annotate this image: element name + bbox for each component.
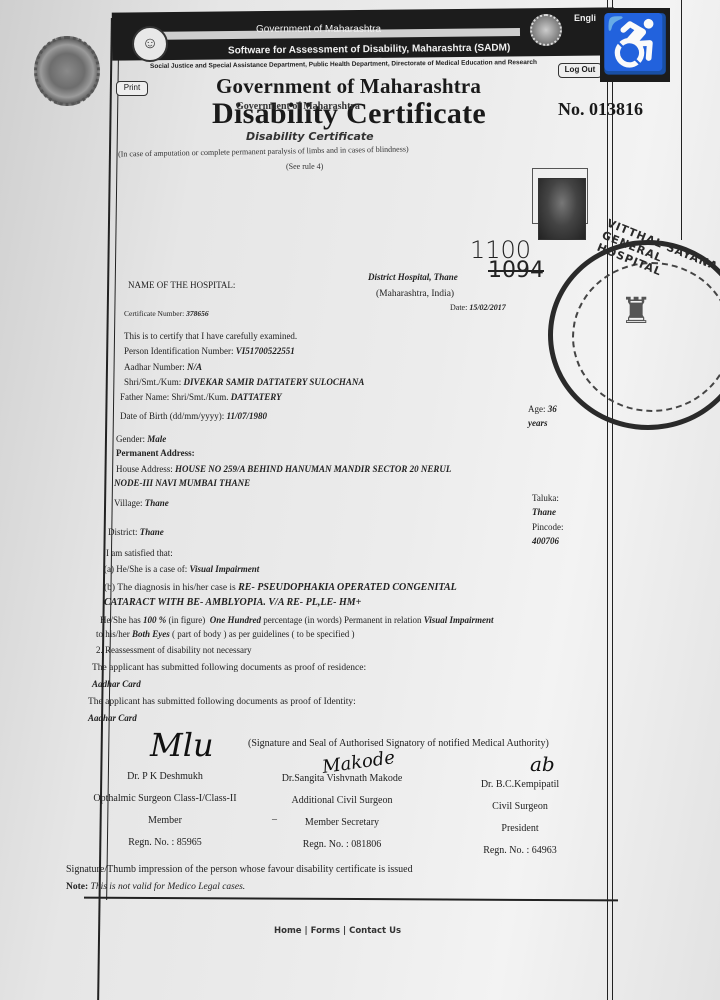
age-value: 36 bbox=[548, 404, 557, 414]
gender-value: Male bbox=[147, 434, 166, 444]
footer-link-forms[interactable]: Forms bbox=[311, 926, 340, 936]
district: District: Thane bbox=[108, 527, 164, 537]
diagnosis: (b) The diagnosis in his/her case is RE-… bbox=[104, 582, 457, 593]
disability-type-value: Visual Impairment bbox=[189, 564, 259, 574]
applicant-name-label: Shri/Smt./Kum: bbox=[124, 377, 181, 387]
residence-proof-text: The applicant has submitted following do… bbox=[92, 663, 366, 673]
percentage-prefix: He/She has bbox=[100, 615, 141, 625]
signature-deshmukh: Mlu bbox=[150, 726, 214, 764]
person-id-label: Person Identification Number: bbox=[124, 346, 233, 356]
ashoka-emblem-icon: ♜ bbox=[620, 290, 650, 346]
signatory-name: Dr.Sangita Vishvnath Makode bbox=[262, 768, 422, 790]
percentage-words-suffix: percentage (in words) Permanent in relat… bbox=[263, 615, 421, 625]
pincode-value: 400706 bbox=[532, 536, 559, 546]
village-value: Thane bbox=[145, 498, 169, 508]
person-id-value: VI51700522551 bbox=[236, 346, 295, 356]
district-value: Thane bbox=[140, 527, 164, 537]
house-address-label: House Address: bbox=[116, 464, 173, 474]
signatory-role: President bbox=[450, 818, 590, 840]
print-button[interactable]: Print bbox=[116, 81, 148, 96]
signatory-registration: Regn. No. : 64963 bbox=[450, 840, 590, 862]
body-part-suffix: ( part of body ) as per guidelines ( to … bbox=[172, 629, 354, 639]
thumb-impression-text: Signature/Thumb impression of the person… bbox=[66, 864, 413, 875]
signatory-registration: Regn. No. : 85965 bbox=[70, 832, 260, 854]
father-name-value: DATTATERY bbox=[231, 392, 282, 402]
gender: Gender: Male bbox=[116, 434, 166, 444]
state-emblem-icon bbox=[530, 14, 562, 46]
footer-link-home[interactable]: Home bbox=[274, 926, 302, 936]
language-link[interactable]: Engli bbox=[574, 13, 596, 23]
certify-text: This is to certify that I have carefully… bbox=[124, 331, 297, 341]
certificate-rule: (See rule 4) bbox=[286, 162, 323, 171]
certificate-serial-number: No. 013816 bbox=[558, 99, 643, 120]
page-border-right-2 bbox=[612, 0, 613, 1000]
village-label: Village: bbox=[114, 498, 142, 508]
signatory-name: Dr. P K Deshmukh bbox=[70, 766, 260, 788]
age-label: Age: bbox=[528, 404, 546, 414]
page-border-right-3 bbox=[681, 0, 682, 240]
percentage-words: One Hundred bbox=[210, 615, 261, 625]
dob-value: 11/07/1980 bbox=[226, 411, 267, 421]
father-name-label: Father Name: Shri/Smt./Kum. bbox=[120, 392, 229, 402]
hospital-location: (Maharashtra, India) bbox=[376, 289, 454, 299]
house-address: House Address: HOUSE NO 259/A BEHIND HAN… bbox=[116, 464, 451, 474]
date-label: Date: bbox=[450, 303, 467, 312]
house-address-line2: NODE-III NAVI MUMBAI THANE bbox=[114, 478, 250, 488]
signatory-role: Member bbox=[70, 810, 260, 832]
diagnosis-value-line1: RE- PSEUDOPHAKIA OPERATED CONGENITAL bbox=[238, 582, 457, 593]
satisfied-text: I am satisfied that: bbox=[106, 548, 173, 558]
wheelchair-icon: ♿ bbox=[600, 8, 670, 82]
note-label: Note: bbox=[66, 882, 88, 892]
identity-proof-document: Aadhar Card bbox=[88, 713, 137, 723]
identity-proof-text: The applicant has submitted following do… bbox=[88, 697, 356, 707]
footer-separator: | bbox=[343, 926, 346, 936]
applicant-name-value: DIVEKAR SAMIR DATTATERY SULOCHANA bbox=[184, 377, 365, 387]
father-name: Father Name: Shri/Smt./Kum. DATTATERY bbox=[120, 392, 282, 402]
dob-label: Date of Birth (dd/mm/yyyy): bbox=[120, 411, 224, 421]
note-text: This is not valid for Medico Legal cases… bbox=[91, 882, 246, 892]
footer-separator: | bbox=[305, 926, 308, 936]
taluka-value: Thane bbox=[532, 507, 556, 517]
signature-heading: (Signature and Seal of Authorised Signat… bbox=[248, 738, 549, 749]
date-value: 15/02/2017 bbox=[469, 303, 505, 312]
house-address-line1: HOUSE NO 259/A BEHIND HANUMAN MANDIR SEC… bbox=[175, 464, 451, 474]
residence-proof-document: Aadhar Card bbox=[92, 679, 141, 689]
person-id: Person Identification Number: VI51700522… bbox=[124, 346, 295, 356]
age: Age: 36 bbox=[528, 404, 557, 414]
signatory-name: Dr. B.C.Kempipatil bbox=[450, 774, 590, 796]
certificate-number: Certificate Number: 378656 bbox=[124, 309, 209, 318]
aadhar-number: Aadhar Number: N/A bbox=[124, 362, 202, 372]
body-part-value: Both Eyes bbox=[132, 629, 170, 639]
legal-note: Note: This is not valid for Medico Legal… bbox=[66, 882, 245, 892]
gender-label: Gender: bbox=[116, 434, 145, 444]
signatory-designation: Opthalmic Surgeon Class-I/Class-II bbox=[70, 788, 260, 810]
hospital-label: NAME OF THE HOSPITAL: bbox=[128, 280, 235, 290]
signatory-member: Dr. P K Deshmukh Opthalmic Surgeon Class… bbox=[70, 766, 260, 854]
footer-link-contact[interactable]: Contact Us bbox=[349, 926, 401, 936]
disability-percentage: He/She has 100 % (in figure) One Hundred… bbox=[100, 615, 493, 625]
applicant-name: Shri/Smt./Kum: DIVEKAR SAMIR DATTATERY S… bbox=[124, 377, 364, 387]
signatory-member-secretary: Dr.Sangita Vishvnath Makode Additional C… bbox=[262, 768, 422, 856]
diagnosis-value-line2: CATARACT WITH BE- AMBLYOPIA. V/A RE- PL,… bbox=[104, 597, 361, 608]
footer-nav: Home | Forms | Contact Us bbox=[274, 926, 401, 936]
signatory-role: Member Secretary bbox=[262, 812, 422, 834]
header-government-text: Government of Maharashtra bbox=[256, 24, 381, 35]
issue-date: Date: 15/02/2017 bbox=[450, 303, 506, 312]
page-border-right-1 bbox=[607, 0, 608, 1000]
percentage-figure-suffix: (in figure) bbox=[169, 615, 206, 625]
hospital-name: District Hospital, Thane bbox=[368, 272, 458, 282]
family-logo-icon: ☺ bbox=[132, 26, 168, 62]
disability-type: (a) He/She is a case of: Visual Impairme… bbox=[104, 564, 259, 574]
signatory-registration: Regn. No. : 081806 bbox=[262, 834, 422, 856]
handwritten-number-2: 1094 bbox=[488, 258, 544, 283]
government-seal-icon bbox=[34, 36, 100, 106]
applicant-photo bbox=[538, 178, 586, 240]
logout-button[interactable]: Log Out bbox=[558, 63, 602, 78]
aadhar-label: Aadhar Number: bbox=[124, 362, 185, 372]
serial-number-label: No. bbox=[558, 99, 585, 119]
disability-type-label: (a) He/She is a case of: bbox=[104, 564, 187, 574]
age-unit: years bbox=[528, 418, 548, 428]
body-part: to his/her Both Eyes ( part of body ) as… bbox=[96, 629, 354, 639]
body-part-prefix: to his/her bbox=[96, 629, 130, 639]
certificate-government-title: Government of Maharashtra bbox=[216, 74, 481, 99]
percentage-relation: Visual Impairment bbox=[424, 615, 494, 625]
aadhar-value: N/A bbox=[187, 362, 202, 372]
pincode-label: Pincode: bbox=[532, 522, 564, 532]
percentage-figure: 100 % bbox=[143, 615, 166, 625]
certificate-number-value: 378656 bbox=[186, 309, 209, 318]
permanent-address-heading: Permanent Address: bbox=[116, 448, 195, 458]
certificate-subtitle: Disability Certificate bbox=[246, 130, 374, 143]
date-of-birth: Date of Birth (dd/mm/yyyy): 11/07/1980 bbox=[120, 411, 267, 421]
district-label: District: bbox=[108, 527, 138, 537]
reassessment-text: 2. Reassessment of disability not necess… bbox=[96, 645, 251, 655]
title-overlay-text: Government of Maharashtra bbox=[236, 101, 360, 112]
certificate-number-label: Certificate Number: bbox=[124, 309, 184, 318]
signatory-president: Dr. B.C.Kempipatil Civil Surgeon Preside… bbox=[450, 774, 590, 862]
signature-kempipatil: ab bbox=[530, 752, 555, 776]
village: Village: Thane bbox=[114, 498, 169, 508]
serial-number-value: 013816 bbox=[589, 99, 643, 119]
signatory-designation: Civil Surgeon bbox=[450, 796, 590, 818]
taluka-label: Taluka: bbox=[532, 493, 559, 503]
signatory-designation: Additional Civil Surgeon bbox=[262, 790, 422, 812]
diagnosis-label: (b) The diagnosis in his/her case is bbox=[104, 583, 236, 593]
